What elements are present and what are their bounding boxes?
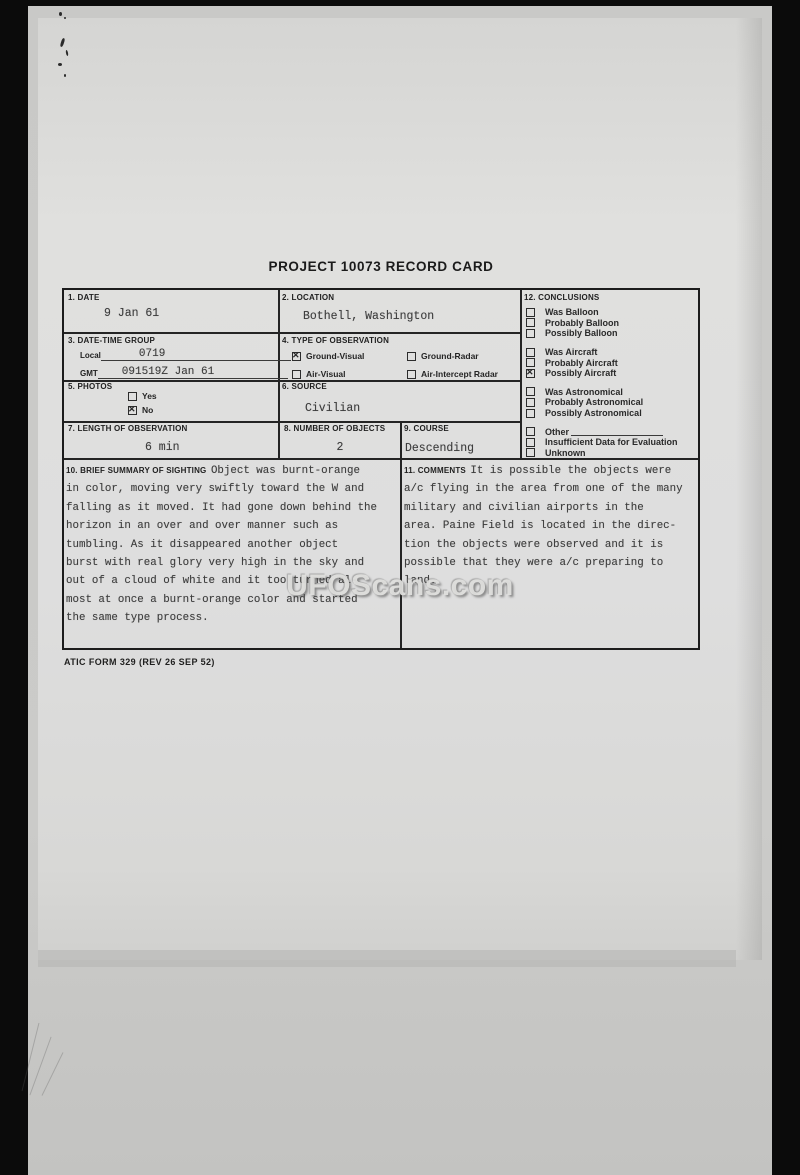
conclusions-list: Was Balloon Probably Balloon Possibly Ba… xyxy=(526,307,696,466)
length-of-observation-label: 7. LENGTH OF OBSERVATION xyxy=(68,424,187,433)
conclusion-item: Insufficient Data for Evaluation xyxy=(526,437,696,448)
conclusion-label: Was Astronomical xyxy=(545,387,623,397)
paper-edge-shade xyxy=(736,18,762,960)
source-field-label: 6. SOURCE xyxy=(282,382,327,391)
conclusion-label: Was Balloon xyxy=(545,307,599,317)
option-label: Air-Visual xyxy=(306,369,346,379)
checkbox-icon xyxy=(526,329,535,338)
checkbox-icon xyxy=(526,348,535,357)
conclusion-label: Other xyxy=(545,427,569,437)
option-photos-yes: Yes xyxy=(128,391,157,401)
conclusion-label: Possibly Aircraft xyxy=(545,368,616,378)
checkbox-icon xyxy=(526,308,535,317)
checkbox-icon xyxy=(407,352,416,361)
conclusion-item: Possibly Aircraft xyxy=(526,368,696,379)
conclusion-label: Was Aircraft xyxy=(545,347,597,357)
conclusion-label: Probably Aircraft xyxy=(545,358,618,368)
conclusion-item: Other xyxy=(526,426,696,437)
checkbox-icon xyxy=(526,318,535,327)
checkbox-icon xyxy=(526,358,535,367)
location-field-value: Bothell, Washington xyxy=(303,310,434,323)
conclusion-label: Possibly Balloon xyxy=(545,328,618,338)
option-label: No xyxy=(142,405,153,415)
conclusion-label: Unknown xyxy=(545,448,586,458)
checkbox-icon xyxy=(526,438,535,447)
date-field-label: 1. DATE xyxy=(68,293,99,302)
checkbox-icon xyxy=(526,448,535,457)
ink-mark xyxy=(64,74,66,77)
conclusion-label: Possibly Astronomical xyxy=(545,408,642,418)
photos-field-label: 5. PHOTOS xyxy=(68,382,112,391)
number-of-objects-value: 2 xyxy=(280,441,400,454)
checkbox-icon xyxy=(526,427,535,436)
option-label: Ground-Radar xyxy=(421,351,479,361)
conclusion-item: Unknown xyxy=(526,448,696,459)
gmt-label: GMT xyxy=(80,369,98,379)
location-field-label: 2. LOCATION xyxy=(282,293,334,302)
checkbox-icon xyxy=(526,409,535,418)
option-photos-no: No xyxy=(128,405,153,415)
other-fill-line xyxy=(571,428,663,436)
conclusions-label: 12. CONCLUSIONS xyxy=(524,293,599,302)
comments-cell: 11. COMMENTS It is possible the objects … xyxy=(404,460,696,648)
conclusion-item: Possibly Astronomical xyxy=(526,408,696,419)
checkbox-icon xyxy=(526,398,535,407)
course-field-value: Descending xyxy=(405,442,474,455)
conclusion-label: Insufficient Data for Evaluation xyxy=(545,437,678,447)
table-grid-line xyxy=(64,332,520,334)
table-grid-line xyxy=(400,421,402,648)
number-of-objects-label: 8. NUMBER OF OBJECTS xyxy=(284,424,385,433)
date-field-value: 9 Jan 61 xyxy=(104,307,159,320)
conclusion-item: Was Balloon xyxy=(526,307,696,318)
checkbox-icon xyxy=(292,352,301,361)
type-of-observation-label: 4. TYPE OF OBSERVATION xyxy=(282,336,389,345)
table-grid-line xyxy=(64,421,520,423)
conclusion-item: Possibly Balloon xyxy=(526,328,696,339)
ink-mark xyxy=(59,12,62,16)
scanned-page: PROJECT 10073 RECORD CARD 1. DATE 9 Jan … xyxy=(0,0,800,1175)
table-grid-line xyxy=(520,290,522,458)
option-label: Air-Intercept Radar xyxy=(421,369,498,379)
conclusion-item: Probably Balloon xyxy=(526,318,696,329)
conclusions-astronomical-group: Was Astronomical Probably Astronomical P… xyxy=(526,387,696,419)
conclusion-label: Probably Balloon xyxy=(545,318,619,328)
option-ground-visual: Ground-Visual xyxy=(292,351,364,361)
comments-label: 11. COMMENTS xyxy=(404,466,466,475)
local-value: 0719 xyxy=(101,348,291,361)
option-label: Yes xyxy=(142,391,157,401)
conclusion-item: Was Astronomical xyxy=(526,387,696,398)
ufoscans-watermark: UFOScans.com xyxy=(240,569,560,603)
ink-mark xyxy=(64,17,66,19)
checkbox-icon xyxy=(407,370,416,379)
option-label: Ground-Visual xyxy=(306,351,364,361)
option-ground-radar: Ground-Radar xyxy=(407,351,479,361)
length-of-observation-value: 6 min xyxy=(145,441,180,454)
date-time-group-label: 3. DATE-TIME GROUP xyxy=(68,336,155,345)
conclusions-aircraft-group: Was Aircraft Probably Aircraft Possibly … xyxy=(526,347,696,379)
option-air-intercept-radar: Air-Intercept Radar xyxy=(407,369,498,379)
checkbox-icon xyxy=(128,392,137,401)
option-air-visual: Air-Visual xyxy=(292,369,346,379)
conclusion-item: Was Aircraft xyxy=(526,347,696,358)
conclusion-item: Probably Aircraft xyxy=(526,357,696,368)
conclusion-label: Probably Astronomical xyxy=(545,397,643,407)
checkbox-icon xyxy=(526,369,535,378)
gmt-time-row: GMT 091519Z Jan 61 xyxy=(80,366,288,379)
checkbox-icon xyxy=(526,387,535,396)
conclusion-item: Probably Astronomical xyxy=(526,397,696,408)
ink-mark xyxy=(58,63,62,66)
conclusions-balloon-group: Was Balloon Probably Balloon Possibly Ba… xyxy=(526,307,696,339)
gmt-value: 091519Z Jan 61 xyxy=(98,366,288,379)
card-bottom-shadow xyxy=(38,950,736,967)
local-time-row: Local 0719 xyxy=(80,348,291,361)
source-field-value: Civilian xyxy=(305,402,360,415)
form-number-footer: ATIC FORM 329 (REV 26 SEP 52) xyxy=(64,657,215,667)
checkbox-icon xyxy=(292,370,301,379)
local-label: Local xyxy=(80,351,101,361)
document-title: PROJECT 10073 RECORD CARD xyxy=(62,259,700,274)
brief-summary-label: 10. BRIEF SUMMARY OF SIGHTING xyxy=(66,466,206,475)
brief-summary-cell: 10. BRIEF SUMMARY OF SIGHTING Object was… xyxy=(66,460,399,648)
course-field-label: 9. COURSE xyxy=(404,424,449,433)
conclusions-other-group: Other Insufficient Data for Evaluation U… xyxy=(526,426,696,458)
checkbox-icon xyxy=(128,406,137,415)
